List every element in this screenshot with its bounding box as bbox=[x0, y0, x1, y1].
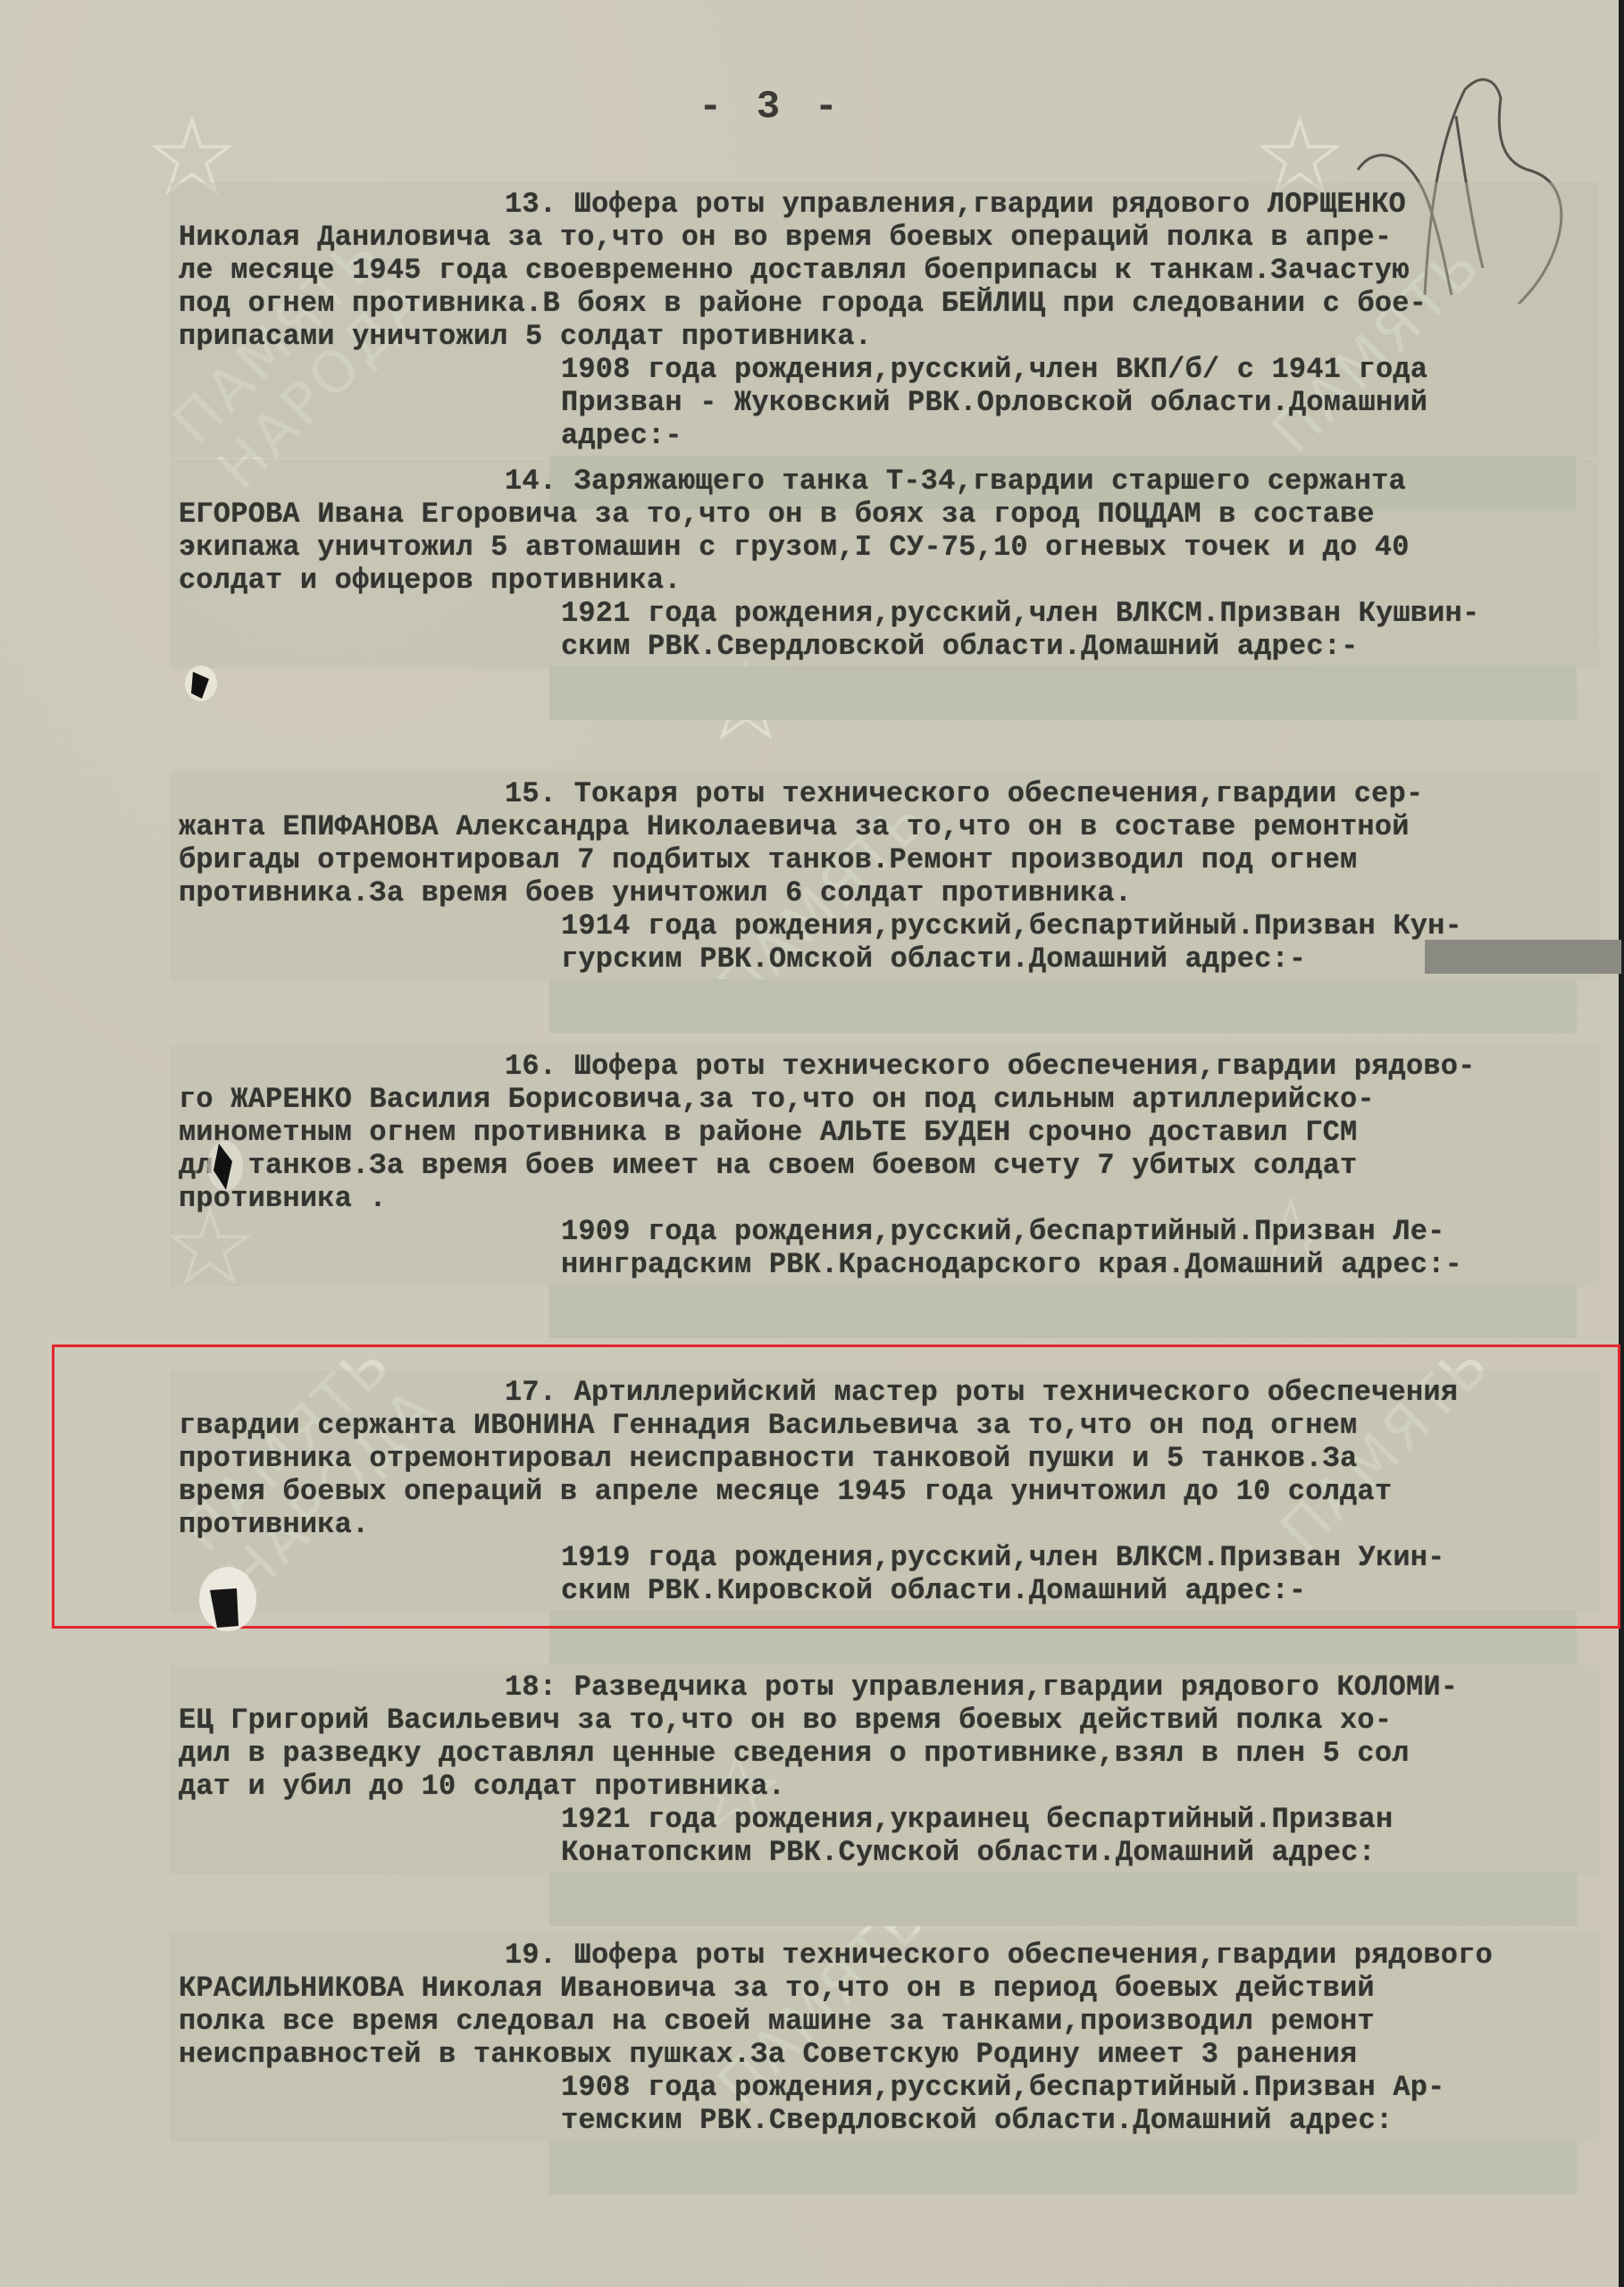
entry-line: неисправностей в танковых пушках.За Сове… bbox=[179, 2038, 1357, 2071]
punch-hole bbox=[179, 661, 223, 706]
entry-line: для танков.За время боев имеет на своем … bbox=[179, 1149, 1357, 1182]
entry-first-line: 19. Шофера роты технического обеспечения… bbox=[505, 1939, 1493, 1972]
entry-line: Николая Даниловича за то,что он во время… bbox=[179, 221, 1392, 254]
redacted-address bbox=[549, 666, 1577, 720]
entry-first-line: 16. Шофера роты технического обеспечения… bbox=[505, 1050, 1476, 1083]
entry-first-line: 15. Токаря роты технического обеспечения… bbox=[505, 777, 1423, 810]
bio-line: 1921 года рождения,украинец беспартийный… bbox=[561, 1803, 1393, 1836]
entry-line: ЕГОРОВА Ивана Егоровича за то,что он в б… bbox=[179, 498, 1375, 531]
redacted-address bbox=[1425, 940, 1621, 974]
entry-line: дат и убил до 10 солдат противника. bbox=[179, 1770, 785, 1803]
bio-line: адрес:- bbox=[561, 419, 682, 452]
entry-line: ЕЦ Григорий Васильевич за то,что он во в… bbox=[179, 1704, 1392, 1737]
entry-first-line: 13. Шофера роты управления,гвардии рядов… bbox=[505, 188, 1406, 221]
bio-line: Конатопским РВК.Сумской области.Домашний… bbox=[561, 1836, 1376, 1869]
entry-line: солдат и офицеров противника. bbox=[179, 564, 682, 597]
redacted-address bbox=[549, 1285, 1577, 1338]
punch-hole bbox=[201, 1135, 250, 1197]
document-page: ПАМЯТЬ НАРОДА ПАМЯТЬ ПАМЯТЬ ПАМЯТЬ НАРОД… bbox=[0, 0, 1624, 2287]
redacted-address bbox=[549, 979, 1577, 1033]
entry-line: дил в разведку доставлял ценные сведения… bbox=[179, 1737, 1410, 1770]
bio-line: нинградским РВК.Краснодарского края.Дома… bbox=[561, 1248, 1462, 1281]
redacted-address bbox=[549, 2140, 1577, 2194]
bio-line: темским РВК.Свердловской области.Домашни… bbox=[561, 2104, 1393, 2137]
entry-line: КРАСИЛЬНИКОВА Николая Ивановича за то,чт… bbox=[179, 1972, 1375, 2005]
redacted-address bbox=[549, 1872, 1577, 1926]
entry-line: под огнем противника.В боях в районе гор… bbox=[179, 287, 1427, 320]
bio-line: 1914 года рождения,русский,беспартийный.… bbox=[561, 909, 1462, 942]
entry-line: противника.За время боев уничтожил 6 сол… bbox=[179, 876, 1132, 909]
punch-hole bbox=[192, 1563, 264, 1635]
entry-line: жанта ЕПИФАНОВА Александра Николаевича з… bbox=[179, 810, 1410, 843]
entry-line: припасами уничтожил 5 солдат противника. bbox=[179, 320, 872, 353]
entry-line: экипажа уничтожил 5 автомашин с грузом,I… bbox=[179, 531, 1410, 564]
entry-line: ле месяце 1945 года своевременно доставл… bbox=[179, 254, 1410, 287]
bio-line: 1908 года рождения,русский,беспартийный.… bbox=[561, 2071, 1445, 2104]
bio-line: ским РВК.Свердловской области.Домашний а… bbox=[561, 630, 1359, 663]
entry-first-line: 18: Разведчика роты управления,гвардии р… bbox=[505, 1671, 1458, 1704]
entry-line: минометным огнем противника в районе АЛЬ… bbox=[179, 1116, 1357, 1149]
scan-edge bbox=[1619, 0, 1624, 2287]
bio-line: Призван - Жуковский РВК.Орловской област… bbox=[561, 386, 1427, 419]
entry-first-line: 14. Заряжающего танка Т-34,гвардии старш… bbox=[505, 465, 1406, 498]
entry-line: бригады отремонтировал 7 подбитых танков… bbox=[179, 843, 1357, 876]
bio-line: гурским РВК.Омской области.Домашний адре… bbox=[561, 942, 1306, 976]
highlight-box bbox=[52, 1345, 1620, 1629]
bio-line: 1908 года рождения,русский,член ВКП/б/ с… bbox=[561, 353, 1427, 386]
page-number: - 3 - bbox=[699, 85, 843, 130]
bio-line: 1909 года рождения,русский,беспартийный.… bbox=[561, 1215, 1445, 1248]
entry-line: полка все время следовал на своей машине… bbox=[179, 2005, 1375, 2038]
bio-line: 1921 года рождения,русский,член ВЛКСМ.Пр… bbox=[561, 597, 1479, 630]
entry-line: го ЖАРЕНКО Василия Борисовича,за то,что … bbox=[179, 1083, 1375, 1116]
